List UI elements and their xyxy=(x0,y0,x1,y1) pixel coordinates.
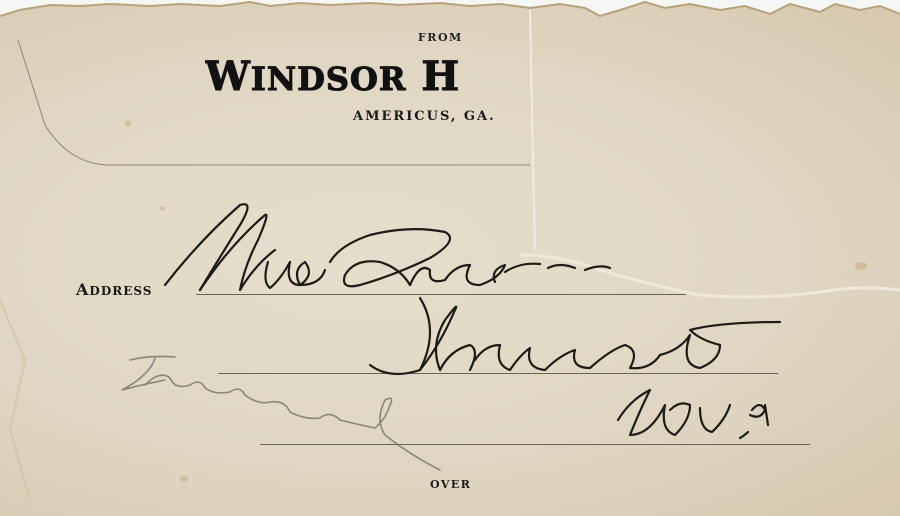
over-label: OVER xyxy=(430,478,471,491)
stain xyxy=(125,120,131,126)
address-label: ADDRESS xyxy=(76,280,152,299)
envelope: FROM WINDSOR H AMERICUS, GA. ADDRESS xyxy=(0,0,900,516)
address-label-initial: A xyxy=(76,280,89,299)
address-line-2 xyxy=(218,373,778,374)
stain xyxy=(180,476,188,482)
hotel-name-initial: W xyxy=(205,53,251,100)
address-line-3 xyxy=(260,444,810,445)
address-line-1 xyxy=(196,294,686,295)
hotel-name-second-initial: H xyxy=(421,53,460,100)
hotel-name: WINDSOR H xyxy=(205,53,535,100)
stain xyxy=(855,262,867,270)
address-label-rest: DDRESS xyxy=(89,284,152,298)
from-label: FROM xyxy=(418,31,463,44)
hotel-city: AMERICUS, GA. xyxy=(353,109,496,124)
stain xyxy=(160,206,165,211)
hotel-name-rest: INDSOR xyxy=(251,60,407,98)
recipient-handwriting xyxy=(165,204,780,438)
